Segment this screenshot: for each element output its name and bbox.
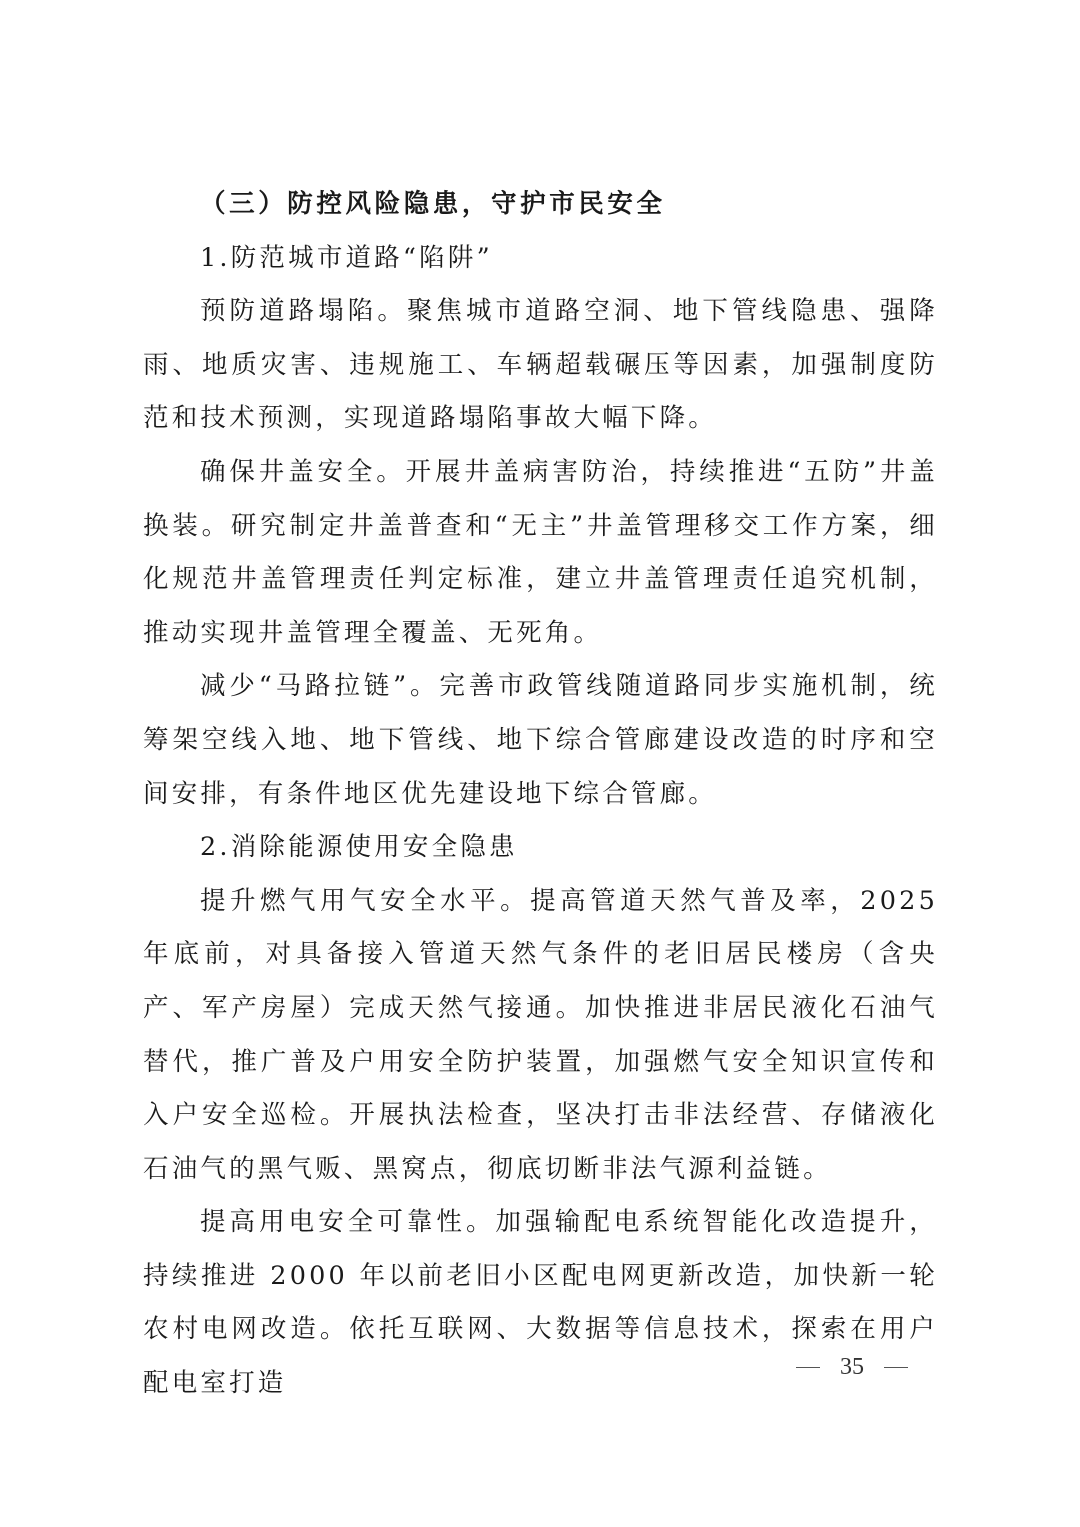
paragraph-road-collapse: 预防道路塌陷。聚焦城市道路空洞、地下管线隐患、强降雨、地质灾害、违规施工、车辆超…	[143, 285, 938, 446]
document-page: （三）防控风险隐患，守护市民安全 1.防范城市道路“陷阱” 预防道路塌陷。聚焦城…	[143, 178, 938, 1411]
right-dash-decoration	[884, 1367, 908, 1368]
paragraph-gas-safety: 提升燃气用气安全水平。提高管道天然气普及率，2025 年底前，对具备接入管道天然…	[143, 875, 938, 1197]
left-dash-decoration	[796, 1367, 820, 1368]
section-heading: （三）防控风险隐患，守护市民安全	[143, 178, 938, 232]
paragraph-road-zipper: 减少“马路拉链”。完善市政管线随道路同步实施机制，统筹架空线入地、地下管线、地下…	[143, 660, 938, 821]
subsection-heading-1: 1.防范城市道路“陷阱”	[143, 232, 938, 286]
subsection-heading-2: 2.消除能源使用安全隐患	[143, 821, 938, 875]
paragraph-manhole-safety: 确保井盖安全。开展井盖病害防治，持续推进“五防”井盖换装。研究制定井盖普查和“无…	[143, 446, 938, 660]
page-number: 35	[840, 1354, 864, 1381]
page-number-footer: 35	[796, 1354, 908, 1381]
